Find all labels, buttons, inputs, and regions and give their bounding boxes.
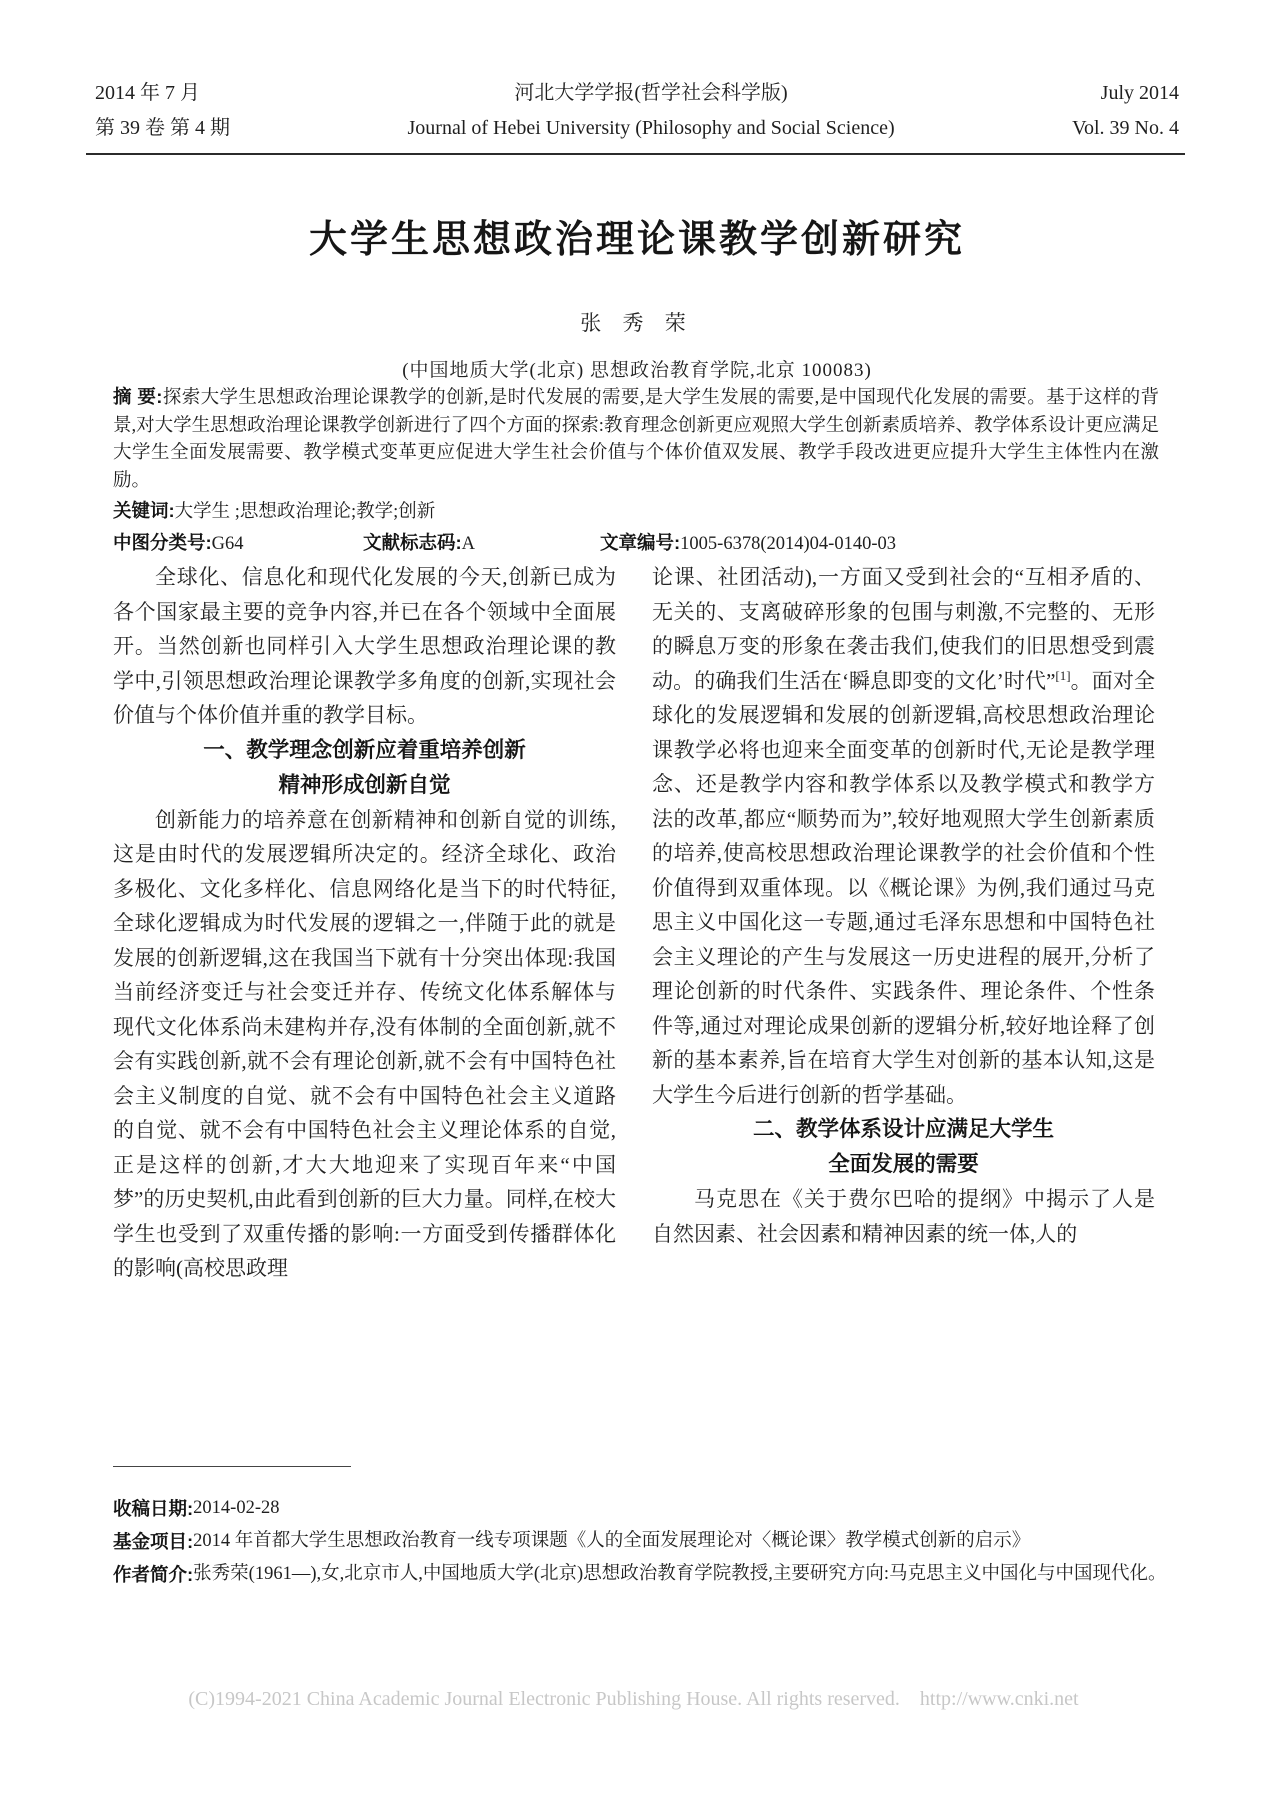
right-column: 论课、社团活动),一方面又受到社会的“互相矛盾的、无关的、支离破碎形象的包围与刺… bbox=[652, 560, 1155, 1286]
masthead-date-en: July 2014 bbox=[1072, 76, 1179, 111]
keywords-text: 大学生 ;思想政治理论;教学;创新 bbox=[175, 502, 436, 522]
journal-name-cn: 河北大学学报(哲学社会科学版) bbox=[408, 76, 895, 111]
journal-name-en: Journal of Hebei University (Philosophy … bbox=[408, 111, 895, 146]
article-affiliation: (中国地质大学(北京) 思想政治教育学院,北京 100083) bbox=[95, 355, 1179, 382]
masthead-vol-en: Vol. 39 No. 4 bbox=[1072, 111, 1179, 146]
article-meta: 摘 要:探索大学生思想政治理论课教学的创新,是时代发展的需要,是大学生发展的需要… bbox=[113, 383, 1159, 558]
section-2-heading: 二、教学体系设计应满足大学生 全面发展的需要 bbox=[652, 1112, 1155, 1182]
article-author: 张 秀 荣 bbox=[95, 307, 1179, 337]
received-date: 收稿日期: 2014-02-28 bbox=[113, 1492, 1167, 1525]
abstract-label: 摘 要: bbox=[113, 386, 162, 407]
article-id: 文章编号:1005-6378(2014)04-0140-03 bbox=[600, 529, 896, 559]
masthead-date-cn: 2014 年 7 月 bbox=[95, 76, 230, 111]
section-1-heading: 一、教学理念创新应着重培养创新 精神形成创新自觉 bbox=[113, 733, 616, 803]
left-column: 全球化、信息化和现代化发展的今天,创新已成为各个国家最主要的竞争内容,并已在各个… bbox=[113, 560, 616, 1286]
paragraph: 创新能力的培养意在创新精神和创新自觉的训练,这是由时代的发展逻辑所决定的。经济全… bbox=[113, 803, 616, 1286]
article-header: 大学生思想政治理论课教学创新研究 张 秀 荣 (中国地质大学(北京) 思想政治教… bbox=[95, 208, 1179, 382]
keywords-label: 关键词: bbox=[113, 500, 175, 521]
fund-project: 基金项目: 2014 年首都大学生思想政治教育一线专项课题《人的全面发展理论对〈… bbox=[113, 1525, 1167, 1558]
paragraph: 论课、社团活动),一方面又受到社会的“互相矛盾的、无关的、支离破碎形象的包围与刺… bbox=[652, 560, 1155, 1112]
journal-page: 2014 年 7 月 第 39 卷 第 4 期 河北大学学报(哲学社会科学版) … bbox=[0, 0, 1267, 1793]
paragraph: 马克思在《关于费尔巴哈的提纲》中揭示了人是自然因素、社会因素和精神因素的统一体,… bbox=[652, 1182, 1155, 1251]
footnote-divider bbox=[113, 1466, 351, 1467]
masthead-divider bbox=[86, 153, 1185, 155]
masthead-journal-name: 河北大学学报(哲学社会科学版) Journal of Hebei Univers… bbox=[408, 76, 895, 146]
document-code: 文献标志码:A bbox=[363, 529, 600, 559]
article-title: 大学生思想政治理论课教学创新研究 bbox=[95, 208, 1179, 263]
abstract: 摘 要:探索大学生思想政治理论课教学的创新,是时代发展的需要,是大学生发展的需要… bbox=[113, 383, 1159, 495]
masthead-vol-cn: 第 39 卷 第 4 期 bbox=[95, 111, 230, 146]
masthead-issue-en: July 2014 Vol. 39 No. 4 bbox=[1072, 76, 1179, 146]
masthead: 2014 年 7 月 第 39 卷 第 4 期 河北大学学报(哲学社会科学版) … bbox=[95, 76, 1179, 146]
cnki-copyright: (C)1994-2021 China Academic Journal Elec… bbox=[0, 1688, 1267, 1711]
author-bio: 作者简介: 张秀荣(1961—),女,北京市人,中国地质大学(北京)思想政治教育… bbox=[113, 1558, 1167, 1591]
footnotes: 收稿日期: 2014-02-28 基金项目: 2014 年首都大学生思想政治教育… bbox=[113, 1492, 1167, 1591]
classification-row: 中图分类号:G64 文献标志码:A 文章编号:1005-6378(2014)04… bbox=[113, 529, 1159, 559]
masthead-issue-cn: 2014 年 7 月 第 39 卷 第 4 期 bbox=[95, 76, 230, 146]
abstract-text: 探索大学生思想政治理论课教学的创新,是时代发展的需要,是大学生发展的需要,是中国… bbox=[113, 388, 1159, 491]
keywords: 关键词:大学生 ;思想政治理论;教学;创新 bbox=[113, 497, 1159, 527]
article-body: 全球化、信息化和现代化发展的今天,创新已成为各个国家最主要的竞争内容,并已在各个… bbox=[113, 560, 1155, 1286]
paragraph: 全球化、信息化和现代化发展的今天,创新已成为各个国家最主要的竞争内容,并已在各个… bbox=[113, 560, 616, 733]
reference-marker: [1] bbox=[1055, 668, 1070, 683]
clc-number: 中图分类号:G64 bbox=[113, 529, 363, 559]
